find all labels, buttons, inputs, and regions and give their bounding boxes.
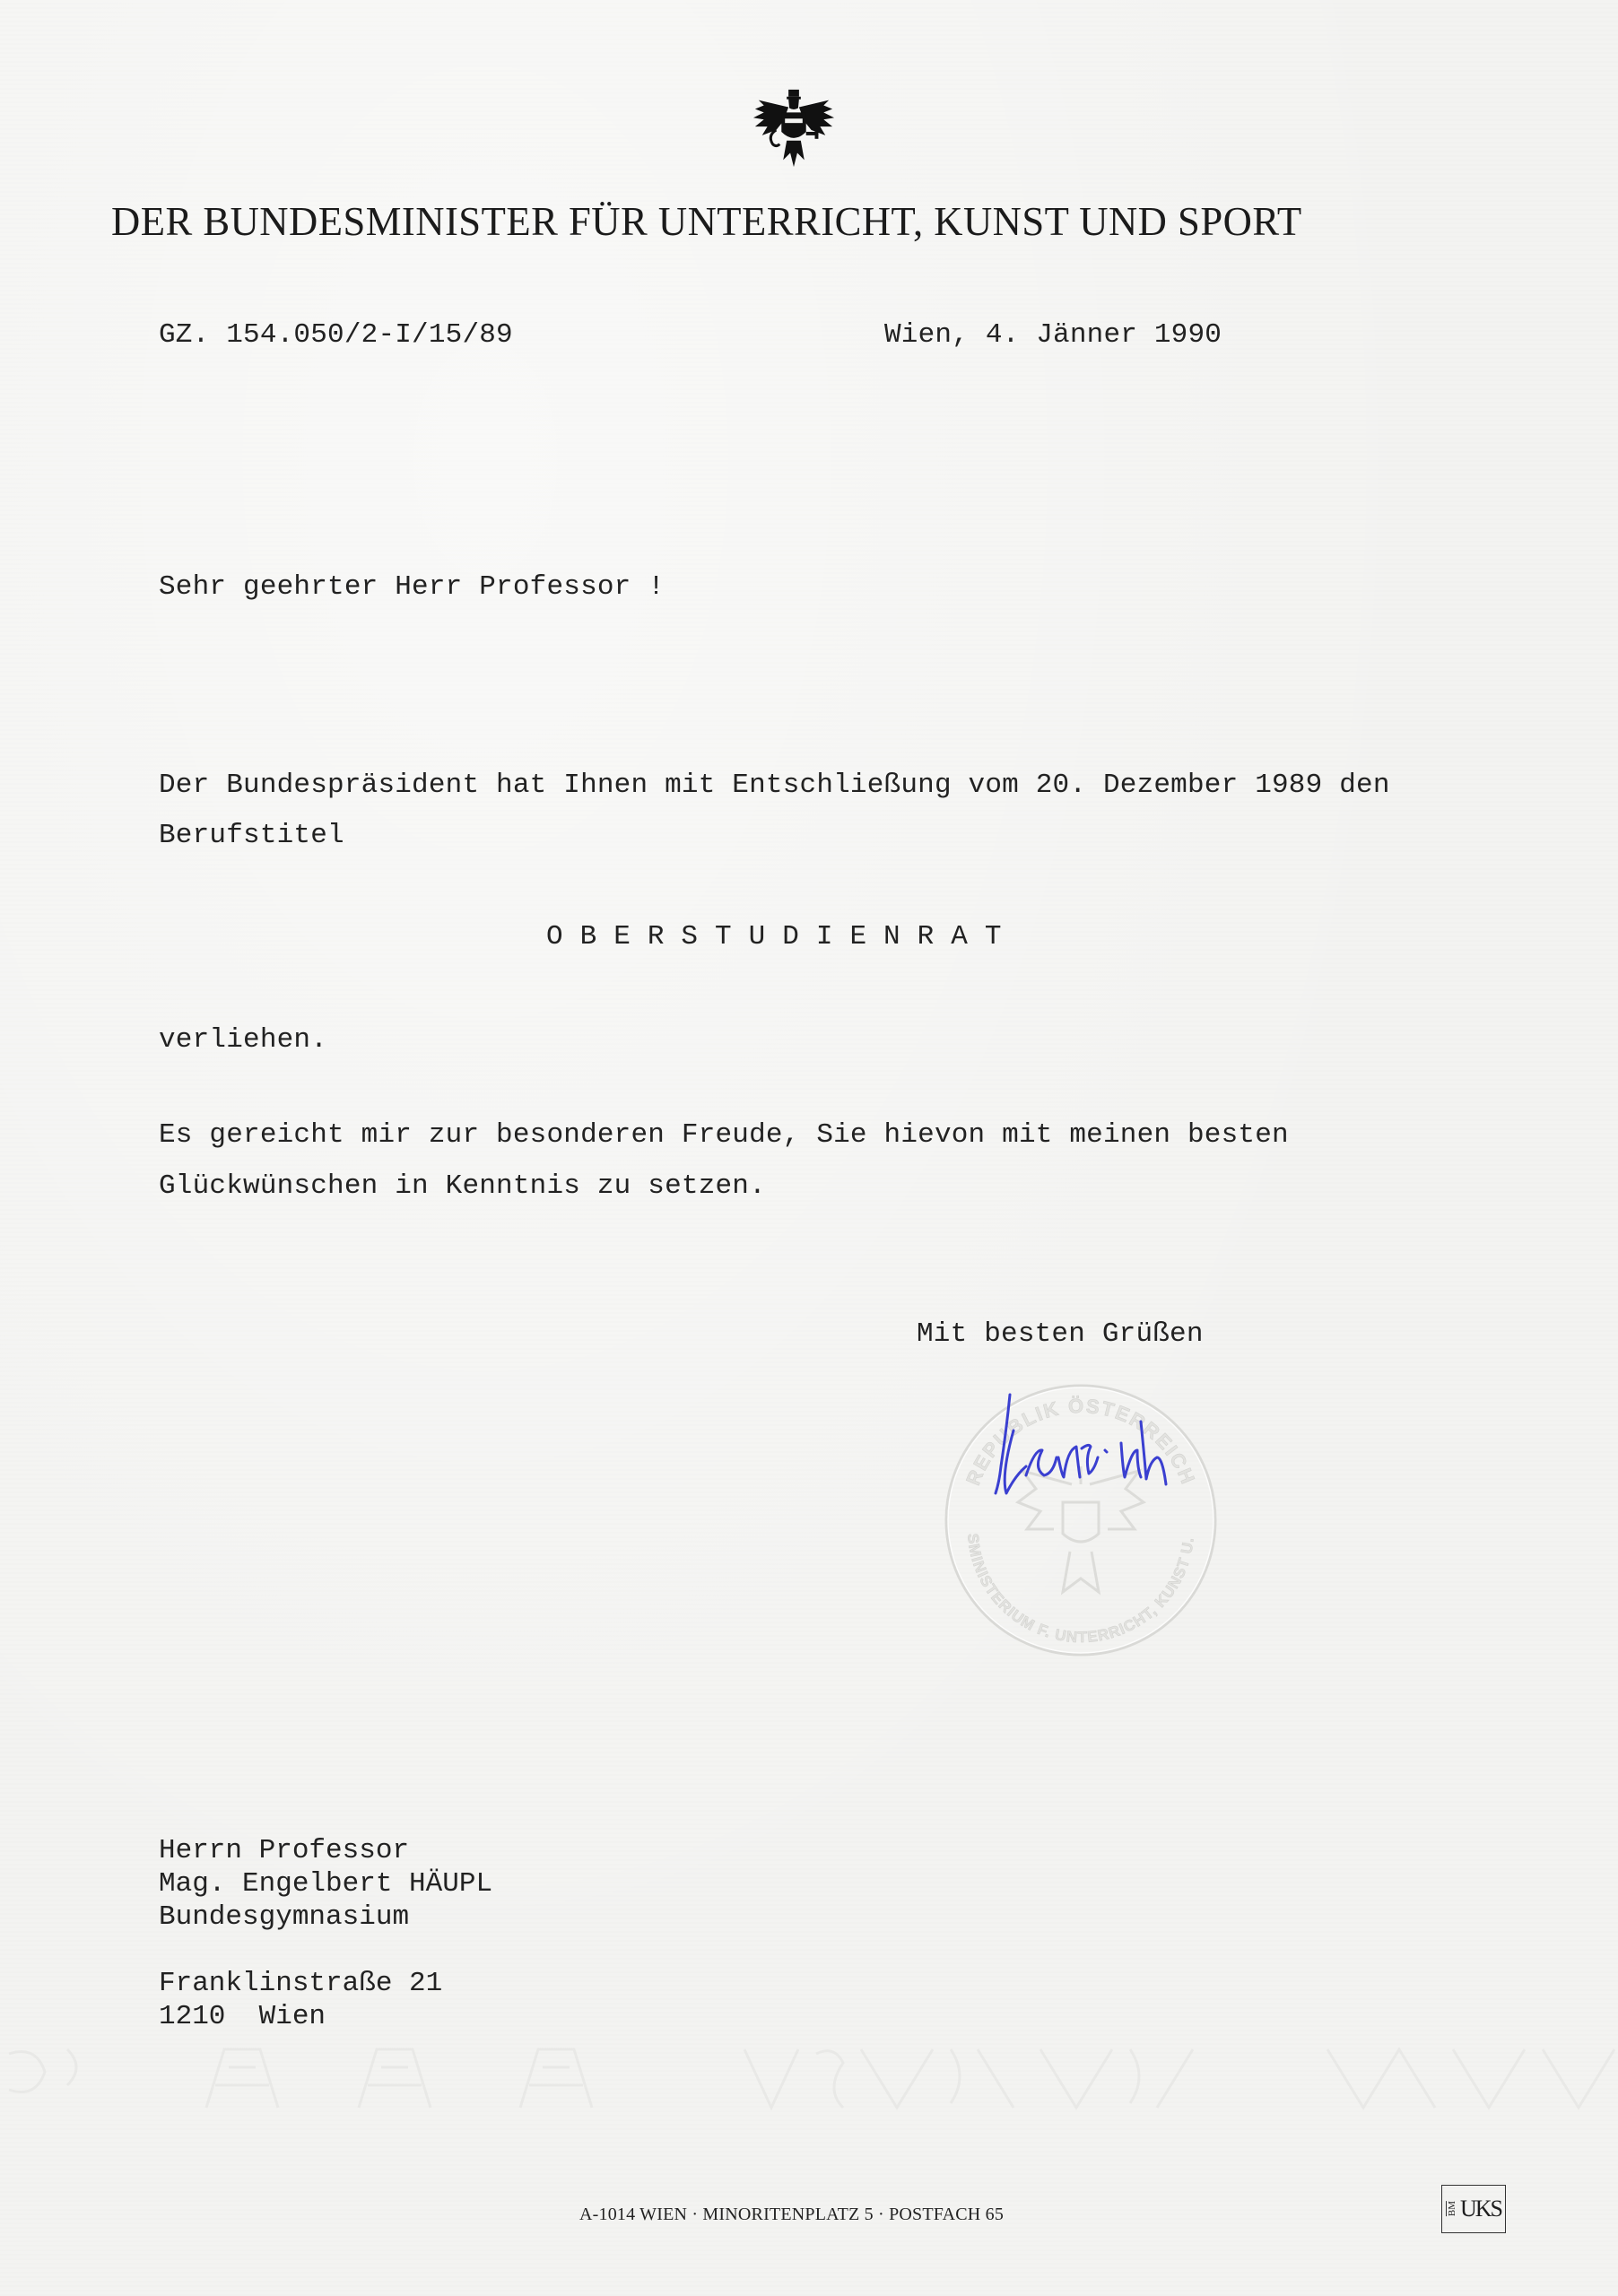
reference-number: GZ. 154.050/2-I/15/89 bbox=[159, 319, 513, 351]
salutation: Sehr geehrter Herr Professor ! bbox=[159, 571, 665, 603]
ministry-heading: DER BUNDESMINISTER FÜR UNTERRICHT, KUNST… bbox=[111, 197, 1468, 245]
paragraph-1-line-2: Berufstitel bbox=[159, 820, 344, 851]
embossed-watermark bbox=[0, 2036, 1618, 2117]
paragraph-2: verliehen. bbox=[159, 1024, 327, 1056]
paragraph-1-line-1: Der Bundespräsident hat Ihnen mit Entsch… bbox=[159, 770, 1390, 801]
recipient-line-street: Franklinstraße 21 bbox=[159, 1967, 492, 2000]
letter-page: DER BUNDESMINISTER FÜR UNTERRICHT, KUNST… bbox=[0, 0, 1618, 2296]
handwritten-signature-icon bbox=[987, 1386, 1220, 1520]
footer-address: A-1014 WIEN · MINORITENPLATZ 5 · POSTFAC… bbox=[579, 2205, 1004, 2225]
place-and-date: Wien, 4. Jänner 1990 bbox=[884, 319, 1222, 351]
logo-bm-text: BM bbox=[1446, 2201, 1458, 2216]
logo-uks-text: UKS bbox=[1460, 2196, 1501, 2222]
recipient-line-salutation: Herrn Professor bbox=[159, 1834, 492, 1867]
closing-greeting: Mit besten Grüßen bbox=[917, 1318, 1204, 1350]
recipient-line-city: 1210 Wien bbox=[159, 2000, 492, 2033]
conferred-title: O B E R S T U D I E N R A T bbox=[546, 921, 1002, 952]
paragraph-3-line-1: Es gereicht mir zur besonderen Freude, S… bbox=[159, 1119, 1289, 1151]
austrian-eagle-coat-of-arms-icon bbox=[750, 86, 838, 174]
recipient-address: Herrn Professor Mag. Engelbert HÄUPL Bun… bbox=[159, 1834, 492, 2033]
recipient-line-institution: Bundesgymnasium bbox=[159, 1900, 492, 1934]
paragraph-3-line-2: Glückwünschen in Kenntnis zu setzen. bbox=[159, 1170, 766, 1202]
recipient-line-name: Mag. Engelbert HÄUPL bbox=[159, 1867, 492, 1900]
bmuks-logo: BM UKS bbox=[1441, 2185, 1506, 2233]
